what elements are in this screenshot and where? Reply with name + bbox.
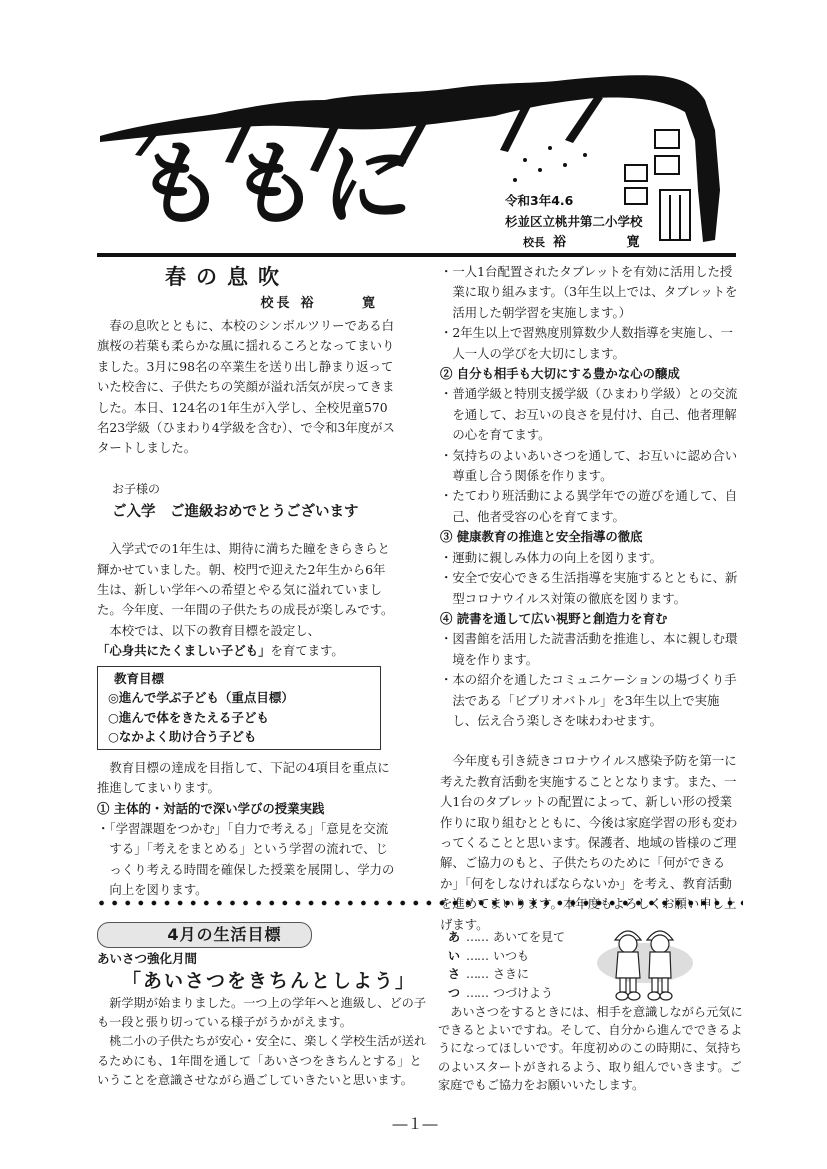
monthly-paragraph: 新学期が始まりました。一つ上の学年へと進級し、どの子も一段と張り切っている様子が…	[97, 994, 427, 1032]
monthly-goal-left: あいさつ強化月間 「あいさつをきちんとしよう」 新学期が始まりました。一つ上の学…	[97, 950, 427, 1090]
congrats-lead: お子様の	[97, 479, 397, 499]
monthly-paragraph: 桃二小の子供たちが安心・安全に、楽しく学校生活が送れるためにも、1年間を通して「…	[97, 1032, 427, 1090]
bullet-item: ・運動に親しみ体力の向上を図ります。	[440, 548, 740, 568]
aisatsu-acrostic: あ……あいてを見て い……いつも さ……さきに つ……つづけよう	[448, 928, 588, 1002]
paragraph-goals-intro: 本校では、以下の教育目標を設定し、	[97, 621, 397, 641]
newsletter-title: ももに	[130, 138, 422, 230]
section-heading: ③ 健康教育の推進と安全指導の徹底	[440, 527, 740, 547]
bullet-item: ・安全で安心できる生活指導を実施するとともに、新型コロナウイルス対策の徹底を図り…	[440, 568, 740, 609]
masthead-info: 令和3年4.6 杉並区立桃井第二小学校 校長裕 寛	[505, 190, 668, 253]
article-byline: 校長裕 寛	[97, 292, 397, 316]
paragraph-entrance: 入学式での1年生は、期待に満ちた瞳をきらきらと輝かせていました。朝、校門で迎えた…	[97, 539, 397, 621]
monthly-goal-right: あいさつをするときには、相手を意識しながら元気にできるとよいですね。そして、自分…	[438, 1003, 743, 1094]
acrostic-row: さ……さきに	[448, 965, 588, 984]
issue-date: 令和3年4.6	[505, 190, 668, 211]
bullet-item: ・気持ちのよいあいさつを通して、お互いに認め合い尊重し合う関係を作ります。	[440, 446, 740, 487]
acrostic-row: あ……あいてを見て	[448, 928, 588, 947]
monthly-goal-heading: 4月の生活目標	[97, 922, 312, 948]
goal-item: ○進んで体をきたえる子ども	[108, 708, 370, 728]
greeting-slogan: 「あいさつをきちんとしよう」	[97, 968, 427, 994]
bullet-item: ・一人1台配置されたタブレットを有効に活用した授業に取り組みます。（3年生以上で…	[440, 262, 740, 323]
greeting-month-label: あいさつ強化月間	[97, 950, 427, 968]
section-heading: ④ 読書を通して広い視野と創造力を育む	[440, 609, 740, 629]
intro-paragraph: 春の息吹とともに、本校のシンボルツリーである白旗桜の若葉も柔らかな風に揺れるころ…	[97, 316, 397, 459]
article-title: 春の息吹	[57, 262, 397, 292]
section-heading: ① 主体的・対話的で深い学びの授業実践	[97, 799, 397, 819]
goals-title: 教育目標	[108, 669, 370, 689]
page-number: ―１―	[380, 1113, 450, 1134]
acrostic-row: い……いつも	[448, 947, 588, 966]
article-left-column: 春の息吹 校長裕 寛 春の息吹とともに、本校のシンボルツリーである白旗桜の若葉も…	[97, 262, 397, 901]
header-rule	[97, 253, 736, 257]
bullet-item: ・普通学級と特別支援学級（ひまわり学級）との交流を通して、お互いの良さを見付け、…	[440, 384, 740, 445]
school-name: 杉並区立桃井第二小学校	[505, 211, 668, 232]
monthly-paragraph: あいさつをするときには、相手を意識しながら元気にできるとよいですね。そして、自分…	[438, 1003, 743, 1094]
bullet-item: ・図書館を活用した読書活動を推進し、本に親しむ環境を作ります。	[440, 629, 740, 670]
article-right-column: ・一人1台配置されたタブレットを有効に活用した授業に取り組みます。（3年生以上で…	[440, 262, 740, 935]
motto-line: 「心身共にたくましい子ども」を育てます。	[97, 641, 397, 661]
principal-name: 裕 寛	[553, 235, 668, 250]
spacer	[440, 731, 740, 751]
congrats-heading: ご入学 ご進級おめでとうございます	[97, 499, 397, 525]
bowing-children-illustration	[590, 918, 700, 1003]
motto: 「心身共にたくましい子ども」	[97, 643, 270, 658]
masthead: ももに 令和3年4.6 杉並区立桃井第二小学校 校長裕 寛	[95, 70, 745, 245]
bullet-item: ・「学習課題をつかむ」「自力で考える」「意見を交流する」「考えをまとめる」という…	[97, 819, 397, 901]
goal-item: ○なかよく助け合う子ども	[108, 727, 370, 747]
bullet-item: ・たてわり班活動による異学年での遊びを通して、自己、他者受容の心を育てます。	[440, 486, 740, 527]
section-heading: ② 自分も相手も大切にする豊かな心の醸成	[440, 364, 740, 384]
principal-line: 校長裕 寛	[505, 232, 668, 253]
bullet-item: ・2年生以上で習熟度別算数少人数指導を実施し、一人一人の学びを大切にします。	[440, 323, 740, 364]
dotted-divider	[95, 898, 743, 908]
acrostic-row: つ……つづけよう	[448, 984, 588, 1003]
bullet-item: ・本の紹介を通したコミュニケーションの場づくり手法である「ビブリオバトル」を3年…	[440, 670, 740, 731]
educational-goals-box: 教育目標 ◎進んで学ぶ子ども（重点目標） ○進んで体をきたえる子ども ○なかよく…	[97, 666, 381, 750]
paragraph-four-points: 教育目標の達成を目指して、下記の4項目を重点に推進してまいります。	[97, 758, 397, 799]
goal-item: ◎進んで学ぶ子ども（重点目標）	[108, 688, 370, 708]
